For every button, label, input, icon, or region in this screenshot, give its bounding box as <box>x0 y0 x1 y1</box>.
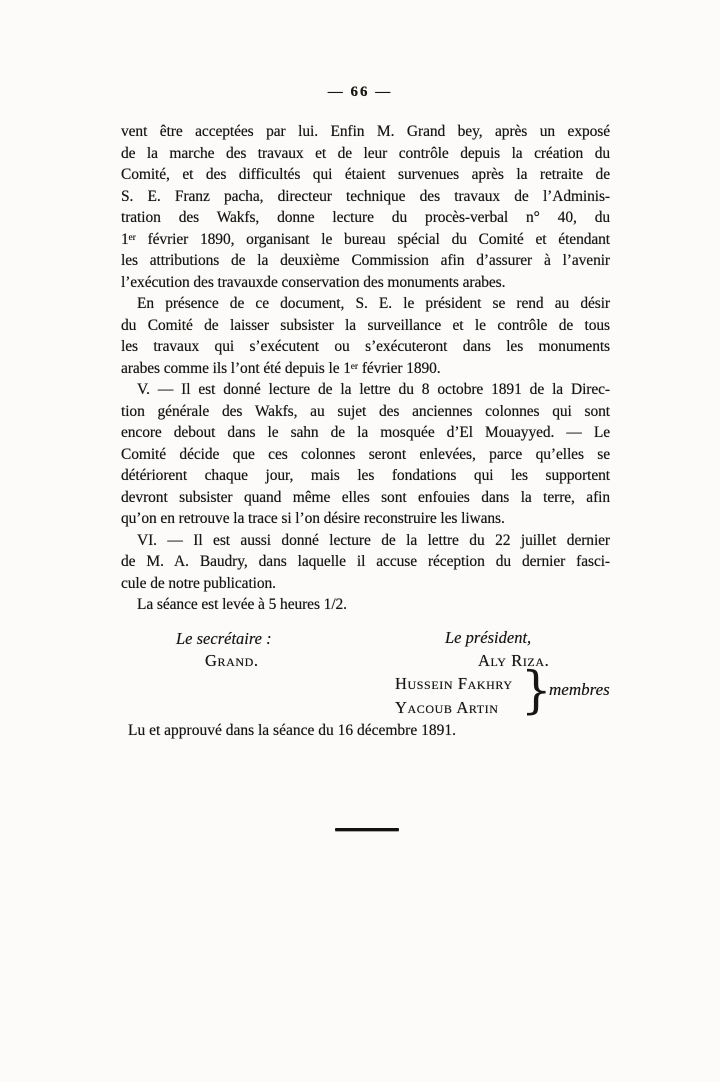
text-line: détériorent chaque jour, mais les fondat… <box>121 465 610 487</box>
text-line: arabes comme ils l’ont été depuis le 1ᵉʳ… <box>121 358 610 380</box>
members-label: membres <box>549 680 610 700</box>
document-page: — 66 — vent être acceptées par lui. Enfi… <box>0 0 720 1082</box>
text-line: l’exécution des travauxde conservation d… <box>121 272 610 294</box>
text-line: tion générale des Wakfs, au sujet des an… <box>121 401 610 423</box>
page-number: — 66 — <box>0 84 720 101</box>
member-name-2: Yacoub Artin <box>395 698 499 718</box>
text-line: de la marche des travaux et de leur cont… <box>121 143 610 165</box>
text-line: La séance est levée à 5 heures 1/2. <box>121 594 610 616</box>
approval-line: Lu et approuvé dans la séance du 16 déce… <box>128 722 456 740</box>
text-line: tration des Wakfs, donne lecture du proc… <box>121 207 610 229</box>
text-line: cule de notre publication. <box>121 573 610 595</box>
text-line: 1ᵉʳ février 1890, organisant le bureau s… <box>121 229 610 251</box>
text-line: S. E. Franz pacha, directeur technique d… <box>121 186 610 208</box>
text-line: V. — Il est donné lecture de la lettre d… <box>121 379 610 401</box>
text-line: du Comité de laisser subsister la survei… <box>121 315 610 337</box>
members-brace: } <box>521 665 552 715</box>
text-line: devront subsister quand même elles sont … <box>121 487 610 509</box>
member-name-1: Hussein Fakhry <box>395 674 513 694</box>
text-line: vent être acceptées par lui. Enfin M. Gr… <box>121 121 610 143</box>
text-line: les attributions de la deuxième Commissi… <box>121 250 610 272</box>
text-line: Comité décide que ces colonnes seront en… <box>121 444 610 466</box>
end-rule-divider <box>335 828 399 831</box>
text-line: de M. A. Baudry, dans laquelle il accuse… <box>121 551 610 573</box>
secretary-title: Le secrétaire : <box>176 629 272 649</box>
text-line: qu’on en retrouve la trace si l’on désir… <box>121 508 610 530</box>
president-title: Le président, <box>445 628 531 648</box>
text-line: En présence de ce document, S. E. le pré… <box>121 293 610 315</box>
text-line: VI. — Il est aussi donné lecture de la l… <box>121 530 610 552</box>
text-line: encore debout dans le sahn de la mosquée… <box>121 422 610 444</box>
text-line: les travaux qui s’exécutent ou s’exécute… <box>121 336 610 358</box>
body-text: vent être acceptées par lui. Enfin M. Gr… <box>121 121 610 616</box>
text-line: Comité, et des difficultés qui étaient s… <box>121 164 610 186</box>
secretary-name: Grand. <box>205 651 259 671</box>
